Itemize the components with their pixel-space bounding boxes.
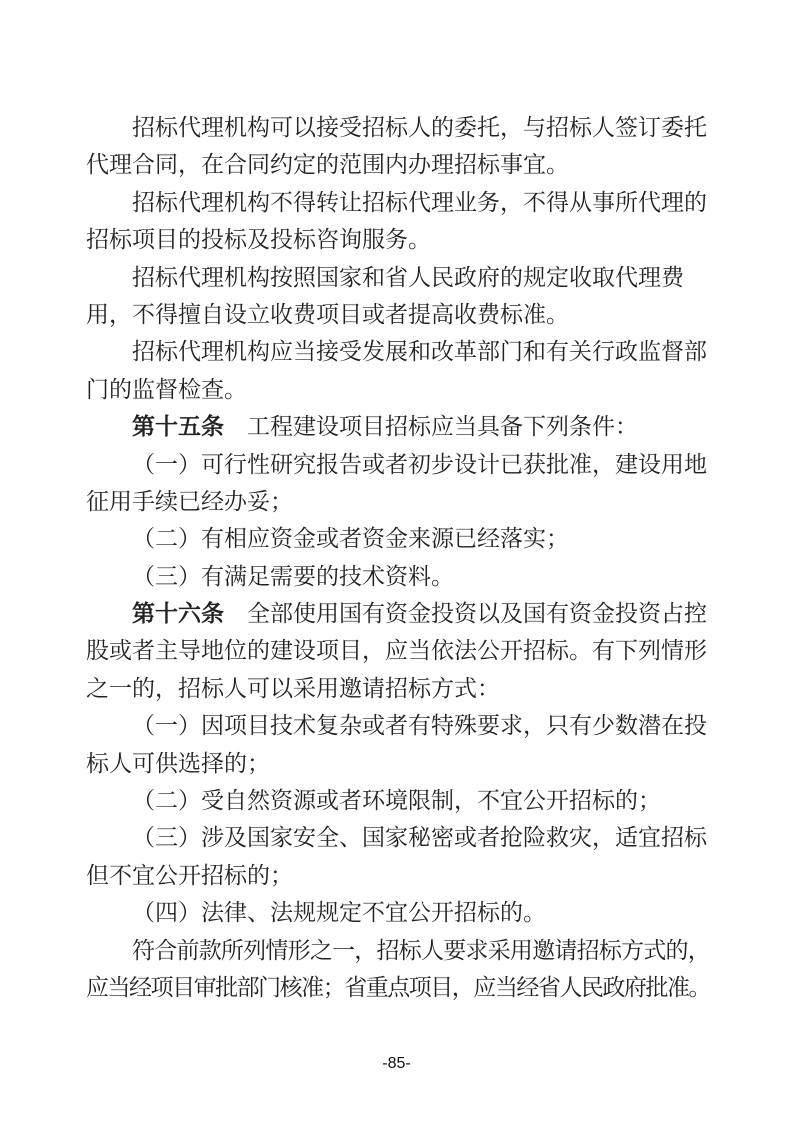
line-text: 全部使用国有资金投资以及国有资金投资占控: [224, 601, 707, 626]
text-line: 门的监督检查。: [86, 371, 710, 408]
line-text: （二）有相应资金或者资金来源已经落实；: [132, 526, 569, 551]
text-line: （三）有满足需要的技术资料。: [86, 558, 710, 595]
page-number: -85-: [0, 1055, 793, 1073]
text-line: 符合前款所列情形之一，招标人要求采用邀请招标方式的，: [86, 932, 710, 969]
line-text: 门的监督检查。: [86, 377, 247, 402]
text-line: 招标代理机构不得转让招标代理业务，不得从事所代理的: [86, 184, 710, 221]
line-text: 工程建设项目招标应当具备下列条件：: [224, 414, 638, 439]
text-line: （三）涉及国家安全、国家秘密或者抢险救灾，适宜招标: [86, 819, 710, 856]
line-text: 招标代理机构可以接受招标人的委托，与招标人签订委托: [132, 115, 707, 140]
line-text: 应当经项目审批部门核准；省重点项目，应当经省人民政府批准。: [86, 975, 710, 1000]
article-number: 第十五条: [132, 414, 224, 439]
line-text: 符合前款所列情形之一，招标人要求采用邀请招标方式的，: [132, 938, 710, 963]
line-text: （三）有满足需要的技术资料。: [132, 564, 454, 589]
text-line: （二）受自然资源或者环境限制，不宜公开招标的；: [86, 782, 710, 819]
line-text: 股或者主导地位的建设项目，应当依法公开招标。有下列情形: [86, 638, 707, 663]
article-number: 第十六条: [132, 601, 224, 626]
text-line: 招标代理机构按照国家和省人民政府的规定收取代理费: [86, 259, 710, 296]
text-line: （一）可行性研究报告或者初步设计已获批准，建设用地: [86, 446, 710, 483]
text-line: 招标代理机构应当接受发展和改革部门和有关行政监督部: [86, 333, 710, 370]
text-line: 用，不得擅自设立收费项目或者提高收费标准。: [86, 296, 710, 333]
document-body: 招标代理机构可以接受招标人的委托，与招标人签订委托代理合同，在合同约定的范围内办…: [86, 109, 710, 1006]
line-text: 之一的，招标人可以采用邀请招标方式：: [86, 676, 500, 701]
text-line: 代理合同，在合同约定的范围内办理招标事宜。: [86, 146, 710, 183]
line-text: （三）涉及国家安全、国家秘密或者抢险救灾，适宜招标: [132, 825, 707, 850]
text-line: 股或者主导地位的建设项目，应当依法公开招标。有下列情形: [86, 632, 710, 669]
text-line: （一）因项目技术复杂或者有特殊要求，只有少数潜在投: [86, 707, 710, 744]
text-line: 应当经项目审批部门核准；省重点项目，应当经省人民政府批准。: [86, 969, 710, 1006]
line-text: 招标代理机构不得转让招标代理业务，不得从事所代理的: [132, 190, 707, 215]
line-text: 用，不得擅自设立收费项目或者提高收费标准。: [86, 302, 569, 327]
line-text: （四）法律、法规规定不宜公开招标的。: [132, 900, 546, 925]
line-text: 招标项目的投标及投标咨询服务。: [86, 227, 431, 252]
text-line: 招标项目的投标及投标咨询服务。: [86, 221, 710, 258]
text-line: 征用手续已经办妥；: [86, 483, 710, 520]
line-text: 但不宜公开招标的；: [86, 863, 293, 888]
text-line: 招标代理机构可以接受招标人的委托，与招标人签订委托: [86, 109, 710, 146]
text-line: 第十六条 全部使用国有资金投资以及国有资金投资占控: [86, 595, 710, 632]
line-text: （一）可行性研究报告或者初步设计已获批准，建设用地: [132, 452, 707, 477]
line-text: 招标代理机构按照国家和省人民政府的规定收取代理费: [132, 265, 684, 290]
line-text: 标人可供选择的；: [86, 751, 270, 776]
line-text: 代理合同，在合同约定的范围内办理招标事宜。: [86, 152, 569, 177]
text-line: （四）法律、法规规定不宜公开招标的。: [86, 894, 710, 931]
text-line: 第十五条 工程建设项目招标应当具备下列条件：: [86, 408, 710, 445]
document-page: 招标代理机构可以接受招标人的委托，与招标人签订委托代理合同，在合同约定的范围内办…: [0, 0, 793, 1122]
text-line: 但不宜公开招标的；: [86, 857, 710, 894]
line-text: 征用手续已经办妥；: [86, 489, 293, 514]
line-text: （一）因项目技术复杂或者有特殊要求，只有少数潜在投: [132, 713, 707, 738]
line-text: 招标代理机构应当接受发展和改革部门和有关行政监督部: [132, 339, 707, 364]
text-line: 之一的，招标人可以采用邀请招标方式：: [86, 670, 710, 707]
line-text: （二）受自然资源或者环境限制，不宜公开招标的；: [132, 788, 661, 813]
text-line: 标人可供选择的；: [86, 745, 710, 782]
text-line: （二）有相应资金或者资金来源已经落实；: [86, 520, 710, 557]
